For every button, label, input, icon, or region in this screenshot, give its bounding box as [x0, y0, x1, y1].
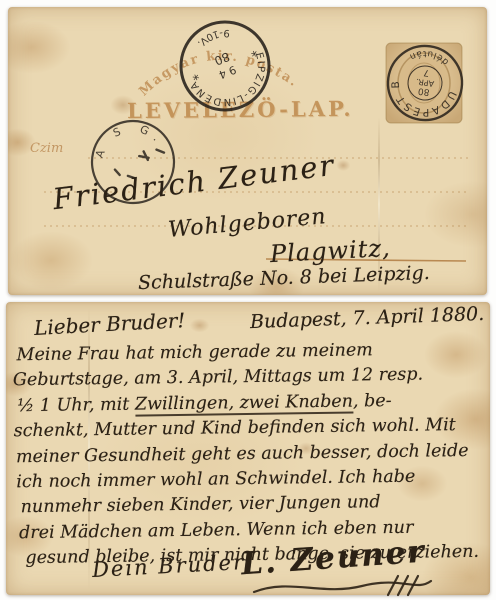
svg-text:9-10V.: 9-10V.: [192, 22, 233, 50]
leipzig-star-right: *: [188, 66, 200, 83]
line3-underlined: Zwillingen, zwei Knaben: [135, 391, 353, 416]
front-stamps-overlay: Magyar kir. posta. BUDAPEST B.: [8, 7, 487, 295]
postcard-scan: LEVELEZÖ-LAP. Czim Ma: [0, 0, 496, 600]
salutation-handwriting: Lieber Bruder!: [33, 308, 186, 340]
signature-flourish: [250, 574, 435, 600]
svg-text:A S G.: A S G.: [89, 117, 169, 161]
line3-pre: ½ 1 Uhr, mit: [17, 394, 135, 416]
postcard-back: Lieber Bruder! Budapest, 7. April 1880. …: [6, 302, 490, 595]
dateline-handwriting: Budapest, 7. April 1880.: [250, 303, 485, 333]
line3-post: , be-: [353, 391, 392, 412]
postcard-front: LEVELEZÖ-LAP. Czim Ma: [8, 7, 487, 295]
